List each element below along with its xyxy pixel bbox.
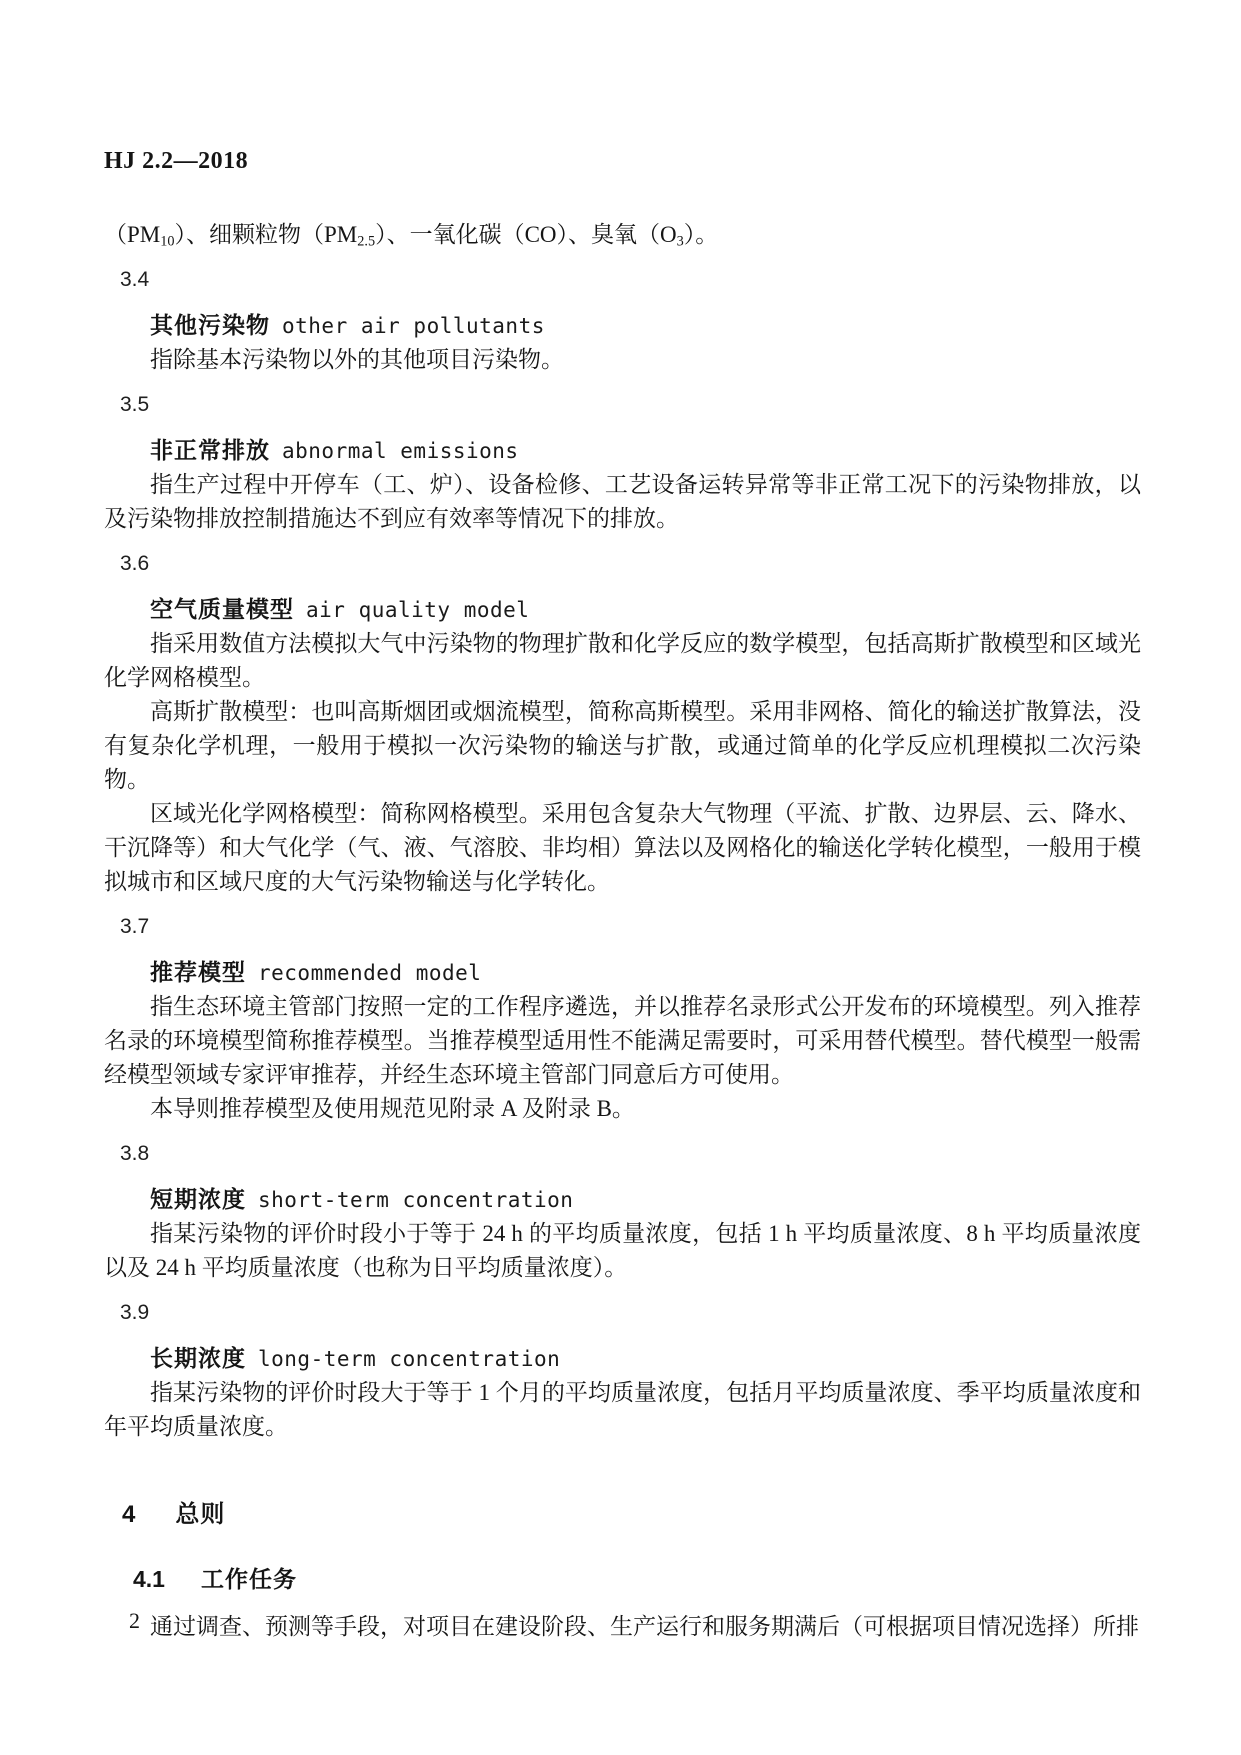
- definition-paragraph: 区域光化学网格模型：简称网格模型。采用包含复杂大气物理（平流、扩散、边界层、云、…: [104, 797, 1141, 899]
- term-heading-3-6: 空气质量模型air quality model: [104, 592, 1141, 627]
- chapter-title: 总则: [175, 1501, 225, 1528]
- definition-paragraph: 指生产过程中开停车（工、炉）、设备检修、工艺设备运转异常等非正常工况下的污染物排…: [104, 468, 1141, 536]
- chapter-number: 4: [122, 1501, 135, 1528]
- term-english: air quality model: [306, 598, 529, 622]
- standard-number-header: HJ 2.2—2018: [104, 146, 1141, 176]
- chapter-heading: 4总则: [104, 1498, 1141, 1532]
- term-chinese: 其他污染物: [150, 312, 270, 338]
- definition-paragraph: 指除基本污染物以外的其他项目污染物。: [104, 343, 1141, 377]
- section-number-3-9: 3.9: [120, 1296, 1141, 1330]
- intro-text: ）。: [684, 222, 719, 247]
- subsection-heading: 4.1工作任务: [104, 1562, 1141, 1596]
- definition-paragraph: 指某污染物的评价时段大于等于 1 个月的平均质量浓度，包括月平均质量浓度、季平均…: [104, 1376, 1141, 1444]
- definition-paragraph: 指生态环境主管部门按照一定的工作程序遴选，并以推荐名录形式公开发布的环境模型。列…: [104, 990, 1141, 1092]
- term-heading-3-4: 其他污染物other air pollutants: [104, 308, 1141, 343]
- term-heading-3-5: 非正常排放abnormal emissions: [104, 433, 1141, 468]
- intro-text: （PM: [104, 222, 160, 247]
- term-chinese: 短期浓度: [150, 1186, 246, 1212]
- intro-text: ）、一氧化碳（CO）、臭氧（O: [375, 222, 677, 247]
- section-number-3-6: 3.6: [120, 547, 1141, 581]
- definition-paragraph: 指采用数值方法模拟大气中污染物的物理扩散和化学反应的数学模型，包括高斯扩散模型和…: [104, 627, 1141, 695]
- o3-subscript: 3: [677, 234, 684, 250]
- term-heading-3-7: 推荐模型recommended model: [104, 955, 1141, 990]
- section-number-3-5: 3.5: [120, 388, 1141, 422]
- closing-paragraph: 通过调查、预测等手段，对项目在建设阶段、生产运行和服务期满后（可根据项目情况选择…: [104, 1610, 1141, 1644]
- term-heading-3-8: 短期浓度short-term concentration: [104, 1182, 1141, 1217]
- term-chinese: 长期浓度: [150, 1345, 246, 1371]
- definition-paragraph: 本导则推荐模型及使用规范见附录 A 及附录 B。: [104, 1092, 1141, 1126]
- term-english: short-term concentration: [258, 1188, 573, 1212]
- section-number-3-7: 3.7: [120, 910, 1141, 944]
- document-body: （PM10）、细颗粒物（PM2.5）、一氧化碳（CO）、臭氧（O3）。 3.4 …: [104, 218, 1141, 1644]
- definition-paragraph: 高斯扩散模型：也叫高斯烟团或烟流模型，简称高斯模型。采用非网格、简化的输送扩散算…: [104, 695, 1141, 797]
- pm10-subscript: 10: [160, 234, 174, 250]
- section-number-3-4: 3.4: [120, 263, 1141, 297]
- term-english: long-term concentration: [258, 1347, 560, 1371]
- intro-text: ）、细颗粒物（PM: [175, 222, 358, 247]
- term-english: recommended model: [258, 961, 481, 985]
- term-chinese: 推荐模型: [150, 959, 246, 985]
- term-chinese: 非正常排放: [150, 437, 270, 463]
- subsection-title: 工作任务: [201, 1566, 297, 1592]
- page-content: HJ 2.2—2018 （PM10）、细颗粒物（PM2.5）、一氧化碳（CO）、…: [104, 146, 1141, 1644]
- page-number: 2: [129, 1608, 140, 1634]
- term-english: other air pollutants: [282, 314, 545, 338]
- intro-continuation-line: （PM10）、细颗粒物（PM2.5）、一氧化碳（CO）、臭氧（O3）。: [104, 218, 1141, 252]
- term-chinese: 空气质量模型: [150, 596, 294, 622]
- subsection-number: 4.1: [133, 1566, 165, 1592]
- pm25-subscript: 2.5: [357, 234, 375, 250]
- definition-paragraph: 指某污染物的评价时段小于等于 24 h 的平均质量浓度，包括 1 h 平均质量浓…: [104, 1217, 1141, 1285]
- document-page: HJ 2.2—2018 （PM10）、细颗粒物（PM2.5）、一氧化碳（CO）、…: [0, 0, 1241, 1755]
- term-heading-3-9: 长期浓度long-term concentration: [104, 1341, 1141, 1376]
- section-number-3-8: 3.8: [120, 1137, 1141, 1171]
- term-english: abnormal emissions: [282, 439, 519, 463]
